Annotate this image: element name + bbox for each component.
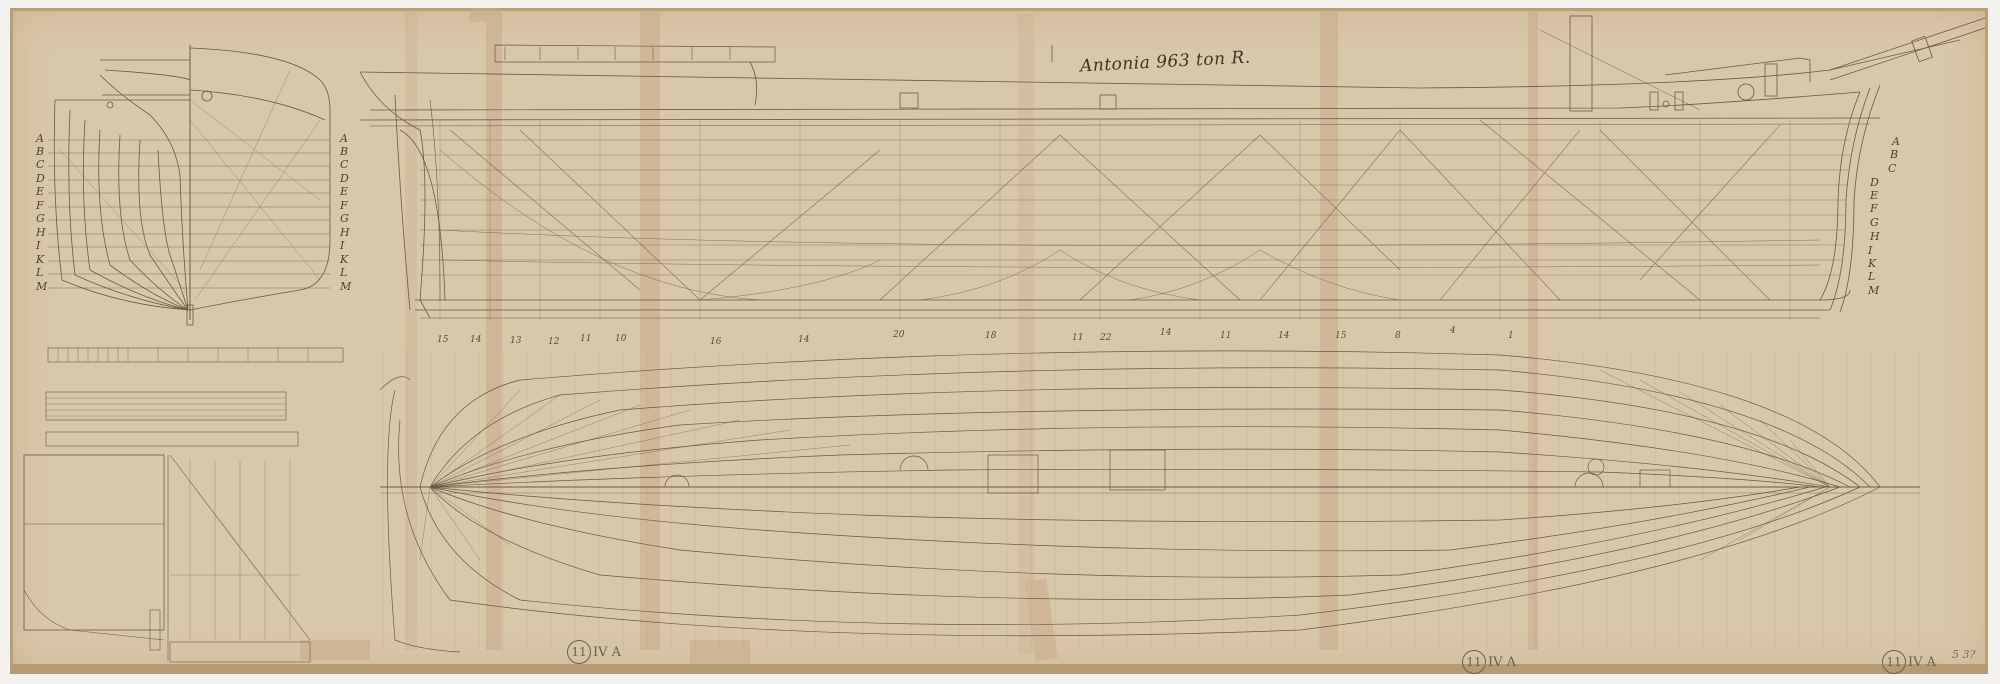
station-number: 10 bbox=[615, 334, 626, 344]
waterline-label: C bbox=[1888, 162, 1896, 175]
waterline-label: I bbox=[340, 239, 344, 252]
waterline-label: B bbox=[340, 145, 348, 158]
station-number: 12 bbox=[548, 337, 559, 347]
waterline-label: A bbox=[36, 132, 44, 145]
waterline-label: A bbox=[1892, 135, 1900, 148]
station-number: 14 bbox=[470, 335, 481, 345]
waterline-label: B bbox=[36, 145, 44, 158]
station-number: 4 bbox=[1450, 326, 1456, 336]
station-number: 15 bbox=[1335, 331, 1346, 341]
station-number: 11 bbox=[580, 334, 591, 344]
waterline-label: F bbox=[1870, 202, 1878, 215]
waterline-label: D bbox=[36, 172, 45, 185]
station-number: 13 bbox=[510, 336, 521, 346]
waterline-label: G bbox=[340, 212, 349, 225]
waterline-label: L bbox=[340, 266, 347, 279]
waterline-label: E bbox=[1870, 189, 1878, 202]
station-number: 15 bbox=[437, 335, 448, 345]
half-breadth-plan bbox=[380, 350, 1920, 652]
waterline-label: M bbox=[340, 280, 351, 293]
waterline-label: F bbox=[340, 199, 348, 212]
waterline-label: G bbox=[36, 212, 45, 225]
station-number: 14 bbox=[1160, 328, 1171, 338]
waterline-label: K bbox=[36, 253, 44, 266]
waterline-label: F bbox=[36, 199, 44, 212]
waterline-label: I bbox=[1868, 244, 1872, 257]
waterline-label: G bbox=[1870, 216, 1879, 229]
archive-stamp: 11 IV A bbox=[1462, 650, 1516, 674]
archive-stamp: 11 IV A bbox=[567, 640, 621, 664]
station-number: 11 bbox=[1220, 331, 1231, 341]
scale-bars bbox=[24, 348, 343, 662]
waterline-label: E bbox=[36, 185, 44, 198]
waterline-label: H bbox=[1870, 230, 1880, 243]
station-number: 22 bbox=[1100, 333, 1111, 343]
stamp-text: IV A bbox=[1488, 655, 1516, 670]
lines-plan-drawing bbox=[0, 0, 2000, 684]
waterline-label: H bbox=[36, 226, 46, 239]
waterline-label: H bbox=[340, 226, 350, 239]
station-number: 14 bbox=[798, 335, 809, 345]
waterline-label: K bbox=[340, 253, 348, 266]
waterline-label: D bbox=[340, 172, 349, 185]
station-number: 1 bbox=[1508, 331, 1514, 341]
waterline-label: D bbox=[1870, 176, 1879, 189]
waterline-label: I bbox=[36, 239, 40, 252]
waterline-label: M bbox=[1868, 284, 1879, 297]
station-number: 18 bbox=[985, 331, 996, 341]
waterline-label: K bbox=[1868, 257, 1876, 270]
waterline-label: B bbox=[1890, 148, 1898, 161]
stamp-text: IV A bbox=[593, 645, 621, 660]
station-number: 20 bbox=[893, 330, 904, 340]
station-number: 8 bbox=[1395, 331, 1401, 341]
archive-stamp: 11 IV A bbox=[1882, 650, 1936, 674]
waterline-label: A bbox=[340, 132, 348, 145]
sheet-number: 5 3? bbox=[1952, 648, 1975, 661]
body-plan bbox=[48, 45, 330, 325]
waterline-label: C bbox=[340, 158, 348, 171]
stamp-circle-number: 11 bbox=[1882, 650, 1906, 674]
stamp-circle-number: 11 bbox=[1462, 650, 1486, 674]
waterline-label: L bbox=[36, 266, 43, 279]
stamp-text: IV A bbox=[1908, 655, 1936, 670]
station-number: 11 bbox=[1072, 333, 1083, 343]
station-number: 14 bbox=[1278, 331, 1289, 341]
waterline-label: M bbox=[36, 280, 47, 293]
stamp-circle-number: 11 bbox=[567, 640, 591, 664]
station-number: 16 bbox=[710, 337, 721, 347]
waterline-label: E bbox=[340, 185, 348, 198]
waterline-label: L bbox=[1868, 270, 1875, 283]
waterline-label: C bbox=[36, 158, 44, 171]
